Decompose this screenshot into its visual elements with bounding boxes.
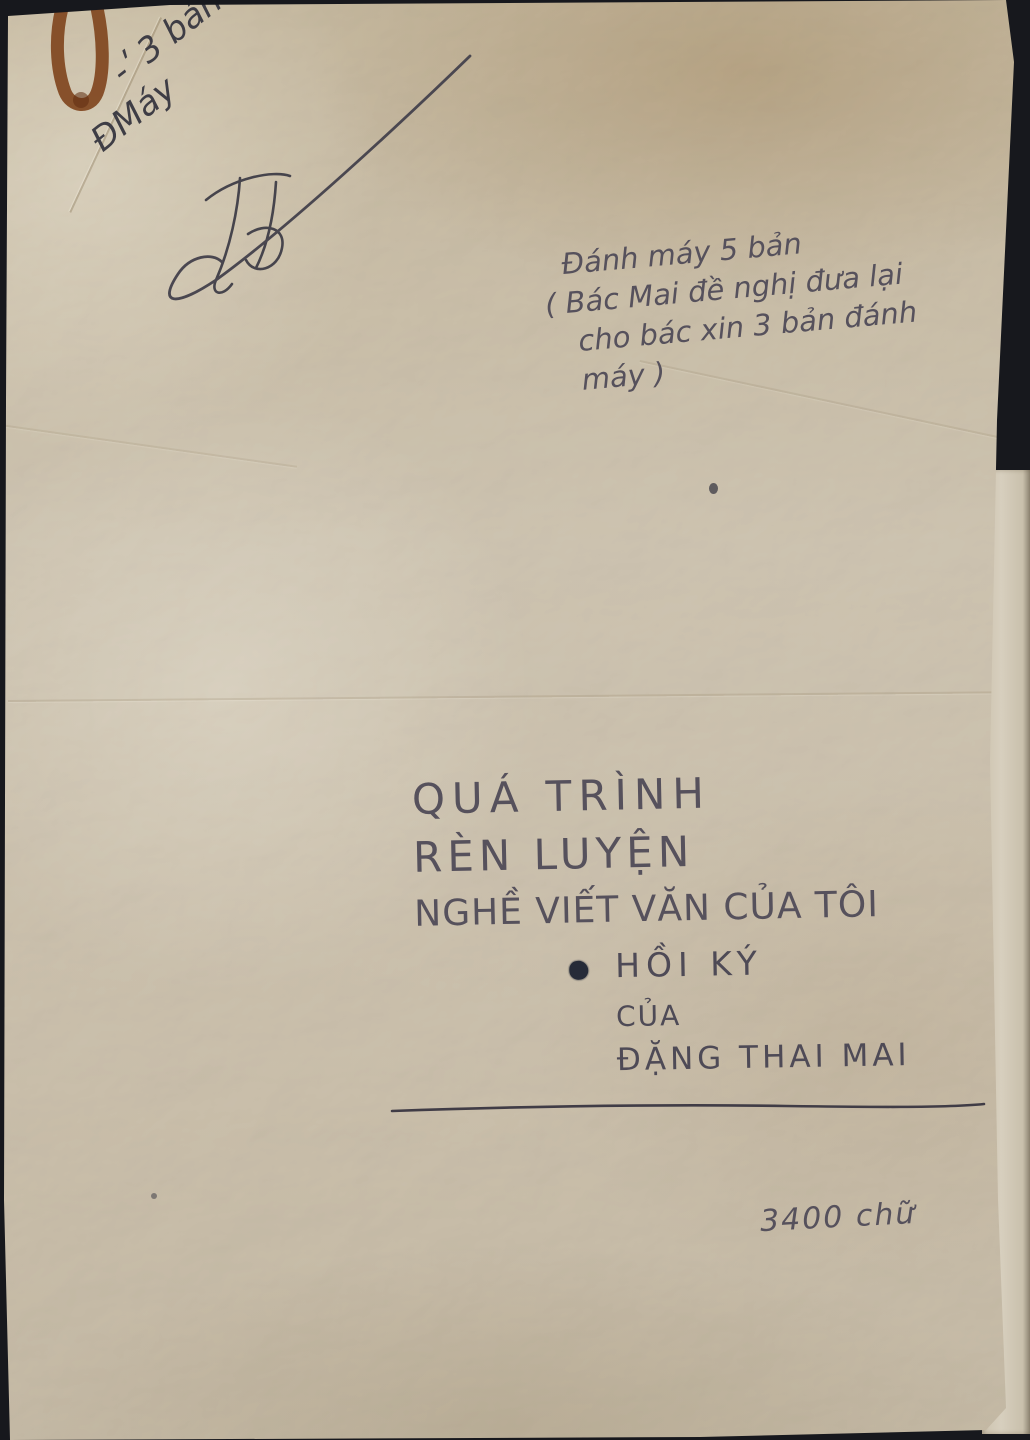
ink-dot [151,1193,157,1199]
subtitle-block: HỒI KÝ CỦA ĐẶNG THAI MAI [569,941,911,1079]
photo-backdrop: -ʹ 3 bản ĐMáy Đánh máy 5 bản ( Bác Mai đ… [0,0,1030,1440]
bullet-dot-icon [569,961,588,980]
crease-line [8,691,1008,702]
ink-dot [709,483,718,494]
typist-note: Đánh máy 5 bản ( Bác Mai đề nghị đưa lại… [540,210,982,402]
manuscript-page: -ʹ 3 bản ĐMáy Đánh máy 5 bản ( Bác Mai đ… [0,0,1030,1440]
title-line1: QUÁ TRÌNH [411,765,877,824]
title-block: QUÁ TRÌNH RÈN LUYỆN NGHỀ VIẾT VĂN CỦA TÔ… [411,765,879,935]
word-count: 3400 chữ [759,1196,917,1239]
crease-line [0,424,297,468]
title-line3: NGHỀ VIẾT VĂN CỦA TÔI [414,884,879,935]
title-line2: RÈN LUYỆN [413,823,879,882]
subtitle-author: ĐẶNG THAI MAI [617,1037,911,1078]
subtitle-connector: CỦA [616,995,910,1033]
subtitle-heading: HỒI KÝ [615,941,909,985]
pen-swoosh-stroke [138,46,488,336]
divider-line [386,1098,990,1118]
